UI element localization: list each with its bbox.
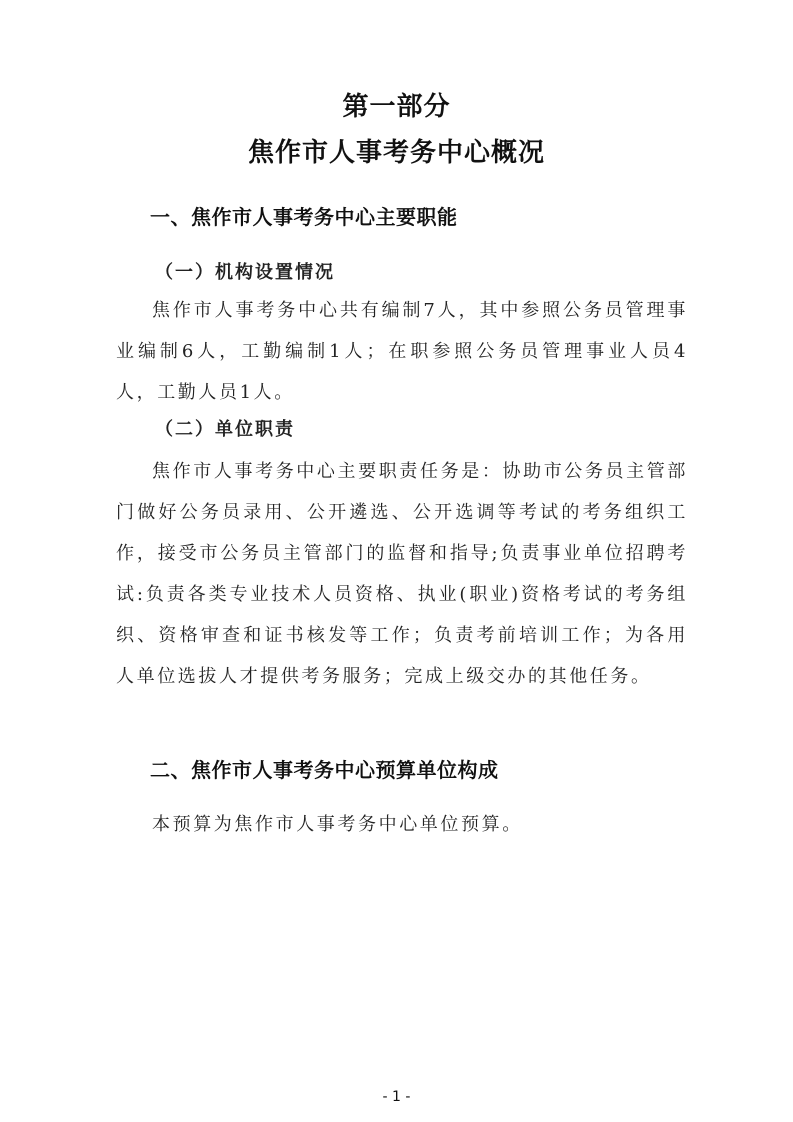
page-number: - 1 - [0, 1089, 793, 1105]
paragraph-budget-units: 本预算为焦作市人事考务中心单位预算。 [116, 804, 688, 845]
section-heading-budget-units: 二、焦作市人事考务中心预算单位构成 [150, 754, 499, 783]
subsection-heading-duties: （二）单位职责 [155, 415, 295, 441]
part-title: 第一部分 [0, 86, 793, 123]
section-heading-functions: 一、焦作市人事考务中心主要职能 [150, 201, 458, 230]
subsection-heading-organization: （一）机构设置情况 [155, 258, 335, 284]
document-page: 第一部分 焦作市人事考务中心概况 一、焦作市人事考务中心主要职能 （一）机构设置… [0, 0, 793, 1122]
main-title: 焦作市人事考务中心概况 [0, 132, 793, 169]
paragraph-organization: 焦作市人事考务中心共有编制7人，其中参照公务员管理事业编制6人，工勤编制1人；在… [116, 290, 688, 413]
paragraph-duties: 焦作市人事考务中心主要职责任务是：协助市公务员主管部门做好公务员录用、公开遴选、… [116, 451, 688, 697]
